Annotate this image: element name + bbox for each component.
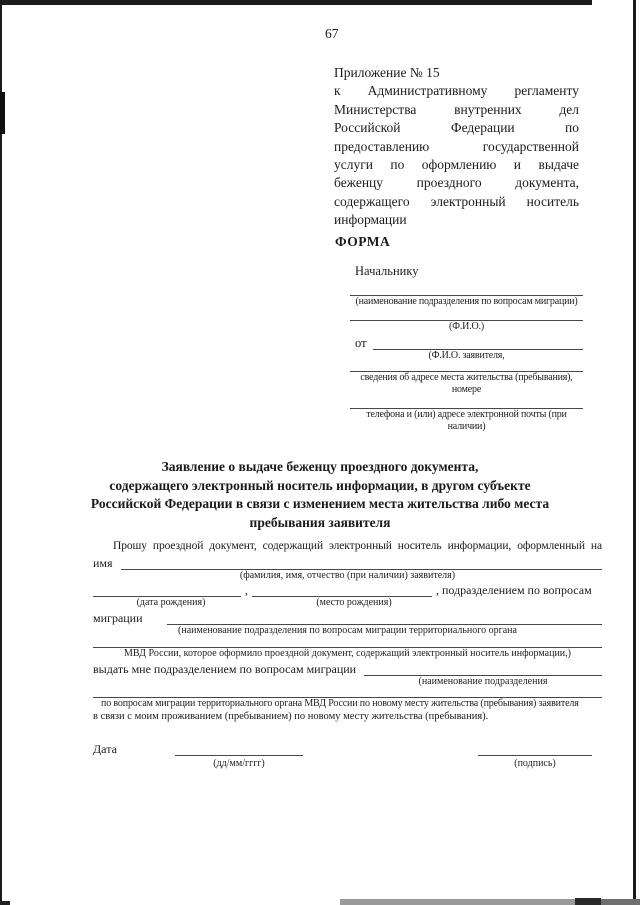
annex-line: предоставлению государственной	[334, 138, 579, 156]
annex-line: услуги по оформлению и выдаче	[334, 156, 579, 174]
caption-date-format: (дд/мм/гггг)	[189, 758, 289, 770]
annex-line: к Административному регламенту	[334, 82, 579, 100]
scan-border-top	[0, 0, 592, 5]
annex-line: информации	[334, 211, 579, 229]
application-title: Заявление о выдаче беженцу проездного до…	[75, 458, 565, 532]
title-line: Заявление о выдаче беженцу проездного до…	[75, 458, 565, 477]
blank-line-signature	[478, 755, 592, 756]
caption-new-unit-2: по вопросам миграции территориального ор…	[93, 698, 602, 710]
issue-request-text: выдать мне подразделением по вопросам ми…	[93, 663, 364, 676]
title-line: содержащего электронный носитель информа…	[75, 477, 565, 496]
annex-line: Министерства внутренних дел	[334, 101, 579, 119]
caption-fullname: (фамилия, имя, отчество (при наличии) за…	[93, 570, 602, 582]
scan-border-bottom-dark	[575, 898, 601, 905]
request-paragraph: Прошу проездной документ, содержащий эле…	[93, 540, 602, 553]
annex-heading-block: Приложение № 15 к Административному регл…	[334, 64, 579, 230]
caption-unit: (наименование подразделения по вопросам …	[350, 296, 583, 308]
caption-chief-name: (Ф.И.О.)	[350, 321, 583, 333]
title-line: пребывания заявителя	[75, 514, 565, 533]
scan-border-left	[0, 0, 2, 905]
caption-address-2: номере	[350, 384, 583, 396]
date-label: Дата	[93, 743, 117, 756]
caption-phone: телефона и (или) адресе электронной почт…	[350, 409, 583, 421]
from-row: от	[350, 335, 583, 350]
scanned-form-page: { "page_number": "67", "annex": { "lines…	[0, 0, 640, 905]
caption-birthplace: (место рождения)	[259, 597, 449, 609]
after-birthplace-text: , подразделением по вопросам	[432, 584, 592, 597]
name-label: имя	[93, 557, 121, 570]
caption-address: сведения об адресе места жительства (пре…	[350, 372, 583, 384]
application-body: Прошу проездной документ, содержащий эле…	[93, 540, 602, 777]
birth-captions-row: (дата рождения) (место рождения)	[93, 597, 602, 609]
annex-line: Российской Федерации по	[334, 119, 579, 137]
birth-row: , , подразделением по вопросам	[93, 583, 602, 597]
scan-border-right	[633, 0, 636, 905]
issue-request-row: выдать мне подразделением по вопросам ми…	[93, 662, 602, 676]
scan-border-left-blob	[0, 92, 5, 134]
addressee-block: Начальнику (наименование подразделения п…	[350, 264, 583, 433]
to-chief-label: Начальнику	[355, 264, 583, 278]
caption-issuing-unit-1: (наименование подразделения по вопросам …	[93, 625, 602, 637]
scan-border-bottom-left	[0, 901, 10, 905]
scan-border-bottom-right	[601, 899, 640, 905]
migration-row: миграции	[93, 611, 602, 625]
name-row: имя	[93, 556, 602, 570]
caption-new-unit-1: (наименование подразделения	[378, 676, 588, 688]
annex-line: Приложение № 15	[334, 64, 579, 82]
blank-line-date	[175, 755, 303, 756]
comma-separator: ,	[241, 584, 252, 597]
annex-line: беженцу проездного документа,	[334, 174, 579, 192]
annex-line: содержащего электронный носитель	[334, 193, 579, 211]
form-label: ФОРМА	[335, 234, 390, 250]
caption-birthdate: (дата рождения)	[93, 597, 249, 609]
caption-signature: (подпись)	[484, 758, 586, 770]
title-line: Российской Федерации в связи с изменение…	[75, 495, 565, 514]
caption-applicant-name: (Ф.И.О. заявителя,	[350, 350, 583, 362]
caption-issuing-unit-2: МВД России, которое оформило проездной д…	[93, 648, 602, 660]
signature-block: Дата (дд/мм/гггг) (подпись)	[93, 743, 602, 777]
caption-phone-2: наличии)	[350, 421, 583, 433]
closing-line: в связи с моим проживанием (пребыванием)…	[93, 710, 602, 723]
page-number: 67	[325, 26, 339, 42]
migration-label: миграции	[93, 612, 167, 625]
scan-border-bottom	[340, 899, 578, 905]
from-label: от	[355, 336, 373, 350]
